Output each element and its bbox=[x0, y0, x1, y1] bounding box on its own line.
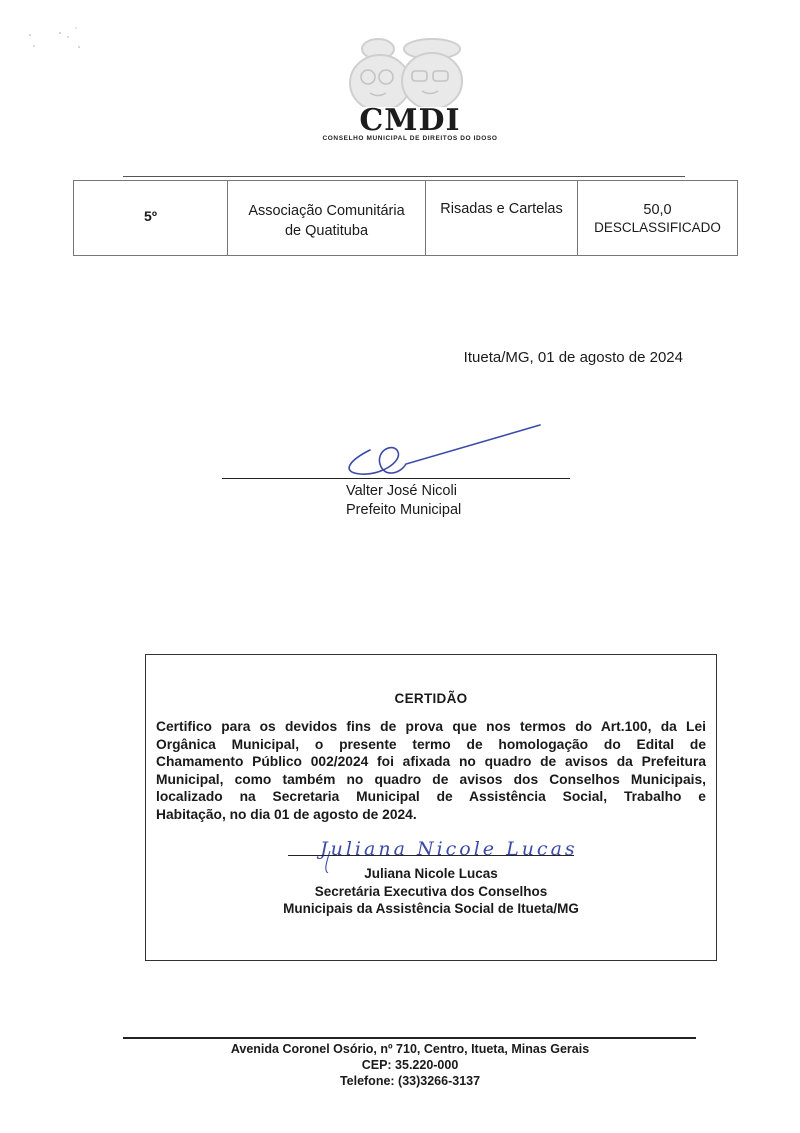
scan-noise bbox=[20, 25, 90, 55]
certificate-title: CERTIDÃO bbox=[146, 691, 716, 706]
certificate-line: Chamamento Público 002/2024 foi afixada … bbox=[156, 753, 706, 771]
certificate-line: Habitação, no dia 01 de agosto de 2024. bbox=[156, 806, 706, 824]
entity-name-line1: Associação Comunitária bbox=[228, 201, 425, 221]
score-cell: 50,0 DESCLASSIFICADO bbox=[578, 181, 738, 256]
footer-address: Avenida Coronel Osório, nº 710, Centro, … bbox=[110, 1041, 710, 1057]
certificate-line: Certifico para os devidos fins de prova … bbox=[156, 718, 706, 736]
signer-role-line2: Municipais da Assistência Social de Itue… bbox=[146, 900, 716, 918]
signature-line-mayor bbox=[222, 478, 570, 479]
footer-phone: Telefone: (33)3266-3137 bbox=[110, 1073, 710, 1089]
position-cell: 5º bbox=[74, 181, 228, 256]
footer-divider bbox=[123, 1037, 696, 1039]
status-label: DESCLASSIFICADO bbox=[578, 219, 737, 237]
certificate-box: CERTIDÃO Certifico para os devidos fins … bbox=[145, 654, 717, 961]
header-divider bbox=[123, 176, 685, 177]
position-value: 5º bbox=[144, 208, 157, 224]
signer-name: Valter José Nicoli bbox=[346, 482, 461, 501]
date-place: Itueta/MG, 01 de agosto de 2024 bbox=[420, 349, 683, 366]
signatory-mayor: Valter José Nicoli Prefeito Municipal bbox=[346, 482, 461, 520]
signer-role-line1: Secretária Executiva dos Conselhos bbox=[146, 883, 716, 901]
certificate-line: Orgânica Municipal, o presente termo de … bbox=[156, 736, 706, 754]
table-row: 5º Associação Comunitária de Quatituba R… bbox=[74, 181, 738, 256]
score-value: 50,0 bbox=[578, 201, 737, 219]
signer-role: Prefeito Municipal bbox=[346, 501, 461, 520]
certificate-body: Certifico para os devidos fins de prova … bbox=[156, 718, 706, 823]
handwritten-signature-mayor bbox=[340, 420, 550, 480]
entity-name-line2: de Quatituba bbox=[228, 221, 425, 241]
entity-cell: Associação Comunitária de Quatituba bbox=[228, 181, 426, 256]
project-cell: Risadas e Cartelas bbox=[426, 181, 578, 256]
signatory-secretary: Juliana Nicole Lucas Secretária Executiv… bbox=[146, 865, 716, 918]
footer: Avenida Coronel Osório, nº 710, Centro, … bbox=[110, 1041, 710, 1089]
footer-cep: CEP: 35.220-000 bbox=[110, 1057, 710, 1073]
signature-line-secretary bbox=[288, 855, 574, 856]
svg-text:Juliana Nicole Lucas: Juliana Nicole Lucas bbox=[316, 838, 576, 860]
result-table: 5º Associação Comunitária de Quatituba R… bbox=[73, 180, 738, 256]
cmdi-logo: CMDI CONSELHO MUNICIPAL DE DIREITOS DO I… bbox=[290, 35, 530, 145]
logo-acronym: CMDI bbox=[290, 103, 530, 138]
signer-name: Juliana Nicole Lucas bbox=[146, 865, 716, 883]
elderly-couple-icon bbox=[340, 35, 480, 107]
project-name: Risadas e Cartelas bbox=[440, 201, 563, 217]
certificate-line: Municipal, como também no quadro de avis… bbox=[156, 771, 706, 789]
certificate-line: localizado na Secretaria Municipal de As… bbox=[156, 788, 706, 806]
logo-subtitle: CONSELHO MUNICIPAL DE DIREITOS DO IDOSO bbox=[290, 135, 530, 142]
